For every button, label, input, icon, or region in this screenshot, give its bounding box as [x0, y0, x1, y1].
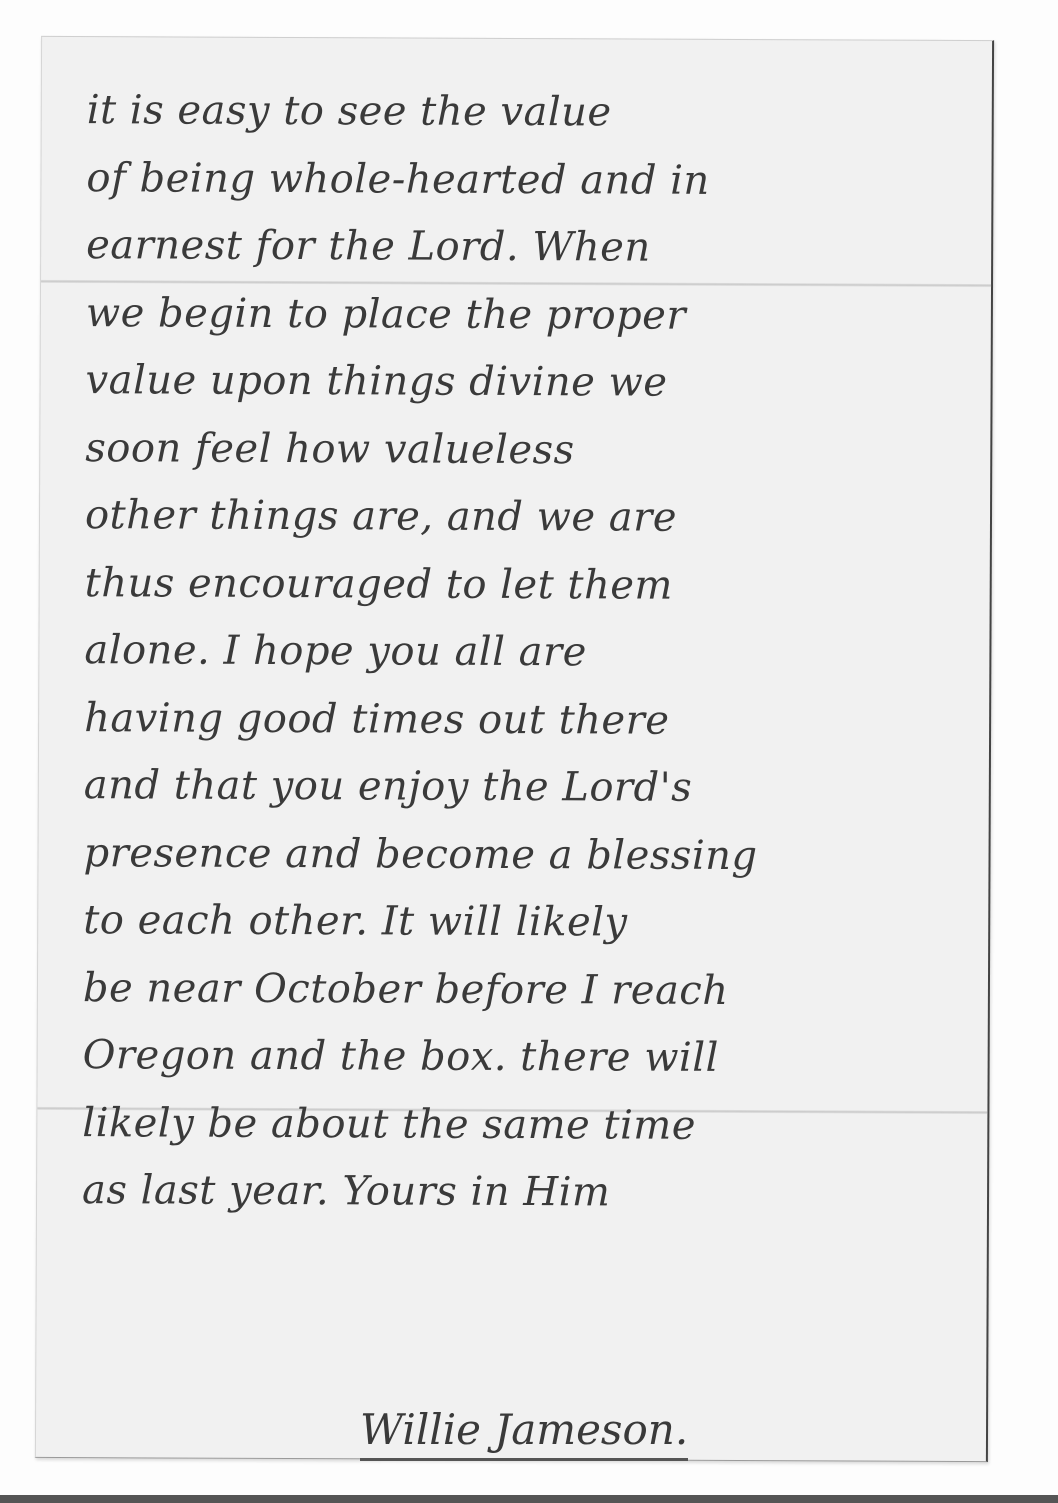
handwritten-line: be near October before I reach: [83, 955, 968, 1026]
handwritten-line: of being whole-hearted and in: [86, 145, 971, 216]
handwritten-line: thus encouraged to let them: [85, 550, 970, 621]
letter-body: it is easy to see the value of being who…: [82, 77, 972, 1228]
handwritten-line: Oregon and the box. there will: [83, 1022, 968, 1093]
handwritten-line: as last year. Yours in Him: [82, 1157, 967, 1228]
handwritten-line: presence and become a blessing: [83, 820, 968, 891]
handwritten-line: value upon things divine we: [85, 347, 970, 418]
handwritten-line: other things are, and we are: [85, 482, 970, 553]
handwritten-line: likely be about the same time: [82, 1090, 967, 1161]
handwritten-line: earnest for the Lord. When: [86, 212, 971, 283]
handwritten-line: we begin to place the proper: [86, 280, 971, 351]
handwritten-line: to each other. It will likely: [83, 887, 968, 958]
signature: Willie Jameson.: [360, 1405, 688, 1461]
handwritten-line: alone. I hope you all are: [84, 617, 969, 688]
letter-page: it is easy to see the value of being who…: [35, 36, 994, 1462]
scan-edge: [0, 1495, 1058, 1503]
handwritten-line: soon feel how valueless: [85, 415, 970, 486]
handwritten-line: and that you enjoy the Lord's: [84, 752, 969, 823]
handwritten-line: having good times out there: [84, 685, 969, 756]
handwritten-line: it is easy to see the value: [87, 77, 972, 148]
